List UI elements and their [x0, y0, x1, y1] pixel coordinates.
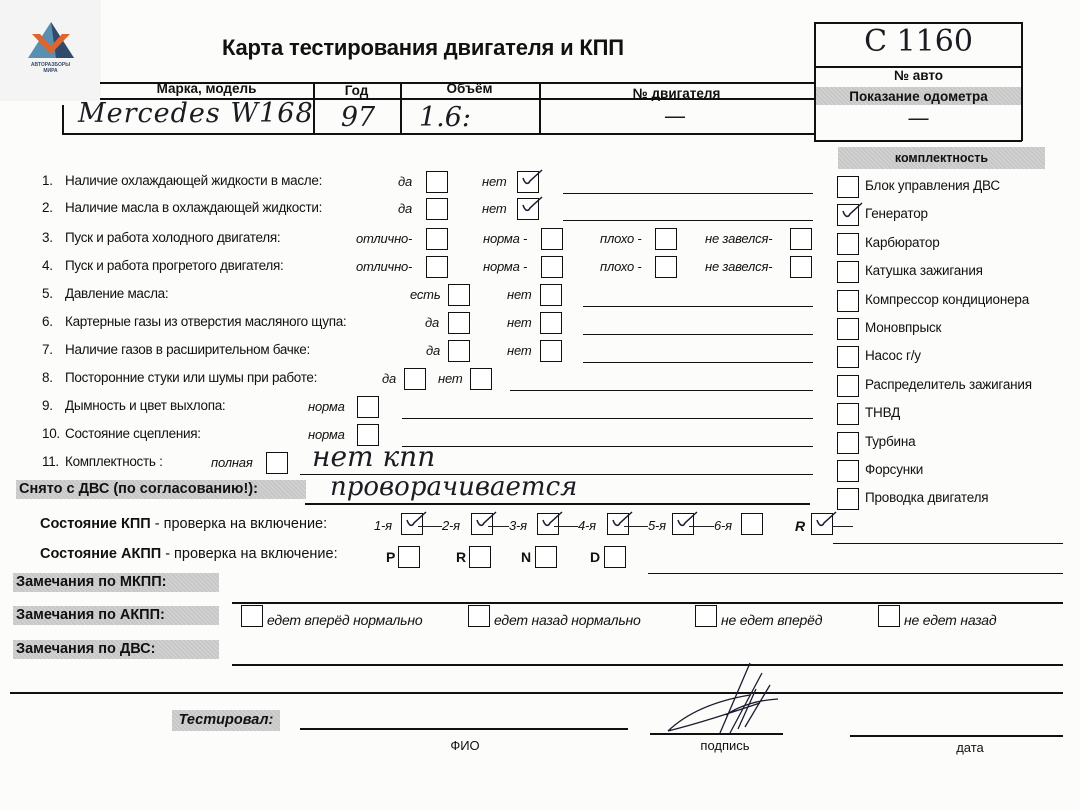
gear-checkbox[interactable] — [537, 513, 559, 535]
completeness-note-field[interactable]: нет кпп — [312, 440, 435, 473]
question-number: 1. — [42, 173, 62, 188]
question-number: 5. — [42, 286, 62, 301]
option-label: нет — [482, 174, 506, 189]
option-label: нет — [438, 371, 462, 386]
option-checkbox[interactable] — [540, 284, 562, 306]
question-number: 8. — [42, 370, 62, 385]
kit-item-label: Карбюратор — [865, 235, 940, 250]
question-text: Наличие масла в охлаждающей жидкости: — [65, 200, 322, 215]
option-label: да — [398, 201, 412, 216]
kit-item-label: ТНВД — [865, 405, 900, 420]
question-number: 10. — [42, 426, 62, 441]
akpp-gear-checkbox[interactable] — [535, 546, 557, 568]
akpp-label-bold: Состояние АКПП — [40, 546, 161, 562]
option-checkbox[interactable] — [426, 228, 448, 250]
question-text: Наличие газов в расширительном бачке: — [65, 342, 310, 357]
question-number: 3. — [42, 230, 62, 245]
question-number: 11. — [42, 454, 62, 469]
akpp-remark-checkbox[interactable] — [468, 605, 490, 627]
year-field[interactable]: 97 — [318, 102, 398, 133]
kit-item-label: Насос г/у — [865, 348, 921, 363]
name-field[interactable] — [300, 708, 628, 728]
question-text: Пуск и работа холодного двигателя: — [65, 230, 280, 245]
mkpp-label-bold: Состояние КПП — [40, 516, 151, 532]
question-text: Комплектность : — [65, 454, 163, 469]
gear-label: 5-я — [648, 518, 666, 533]
option-checkbox[interactable] — [470, 368, 492, 390]
akpp-gear-checkbox[interactable] — [604, 546, 626, 568]
question-text: Давление масла: — [65, 286, 168, 301]
option-checkbox[interactable] — [517, 198, 539, 220]
question-number: 6. — [42, 314, 62, 329]
kit-item-label: Проводка двигателя — [865, 490, 988, 505]
akpp-remark-label: не едет назад — [904, 612, 996, 628]
option-label: есть — [410, 287, 440, 302]
option-label: нет — [507, 343, 531, 358]
question-text: Наличие охлаждающей жидкости в масле: — [65, 173, 322, 188]
odometer-label: Показание одометра — [816, 89, 1021, 104]
option-checkbox[interactable] — [448, 340, 470, 362]
option-label: нет — [507, 287, 531, 302]
kit-item-checkbox[interactable] — [837, 375, 859, 397]
option-checkbox[interactable] — [540, 340, 562, 362]
gear-label: R — [795, 518, 805, 534]
mkpp-check-label: Состояние КПП - проверка на включение: — [40, 516, 327, 532]
mkpp-label-rest: - проверка на включение: — [151, 516, 327, 532]
option-checkbox[interactable] — [655, 256, 677, 278]
option-label: да — [398, 174, 412, 189]
page-title: Карта тестирования двигателя и КПП — [222, 35, 624, 61]
kit-item-checkbox[interactable] — [837, 488, 859, 510]
signature-caption: подпись — [680, 738, 770, 753]
kit-item-label: Турбина — [865, 434, 915, 449]
option-label: отлично- — [356, 231, 412, 246]
option-label: да — [426, 343, 440, 358]
tested-by-label: Тестировал: — [172, 710, 280, 731]
kit-item-label: Блок управления ДВС — [865, 178, 1000, 193]
gear-checkbox[interactable] — [672, 513, 694, 535]
removed-from-engine-field[interactable]: проворачивается — [330, 472, 577, 502]
kit-item-checkbox[interactable] — [837, 318, 859, 340]
option-label: норма - — [483, 231, 527, 246]
kit-item-checkbox[interactable] — [837, 204, 859, 226]
option-label: нет — [507, 315, 531, 330]
question-number: 7. — [42, 342, 62, 357]
option-label: не завелся- — [705, 259, 772, 274]
option-label: да — [382, 371, 396, 386]
kit-item-checkbox[interactable] — [837, 261, 859, 283]
question-text: Посторонние стуки или шумы при работе: — [65, 370, 317, 385]
gear-checkbox[interactable] — [607, 513, 629, 535]
option-label: отлично- — [356, 259, 412, 274]
gear-label: 4-я — [578, 518, 596, 533]
logo-mark-icon — [26, 20, 76, 60]
option-label: норма — [308, 399, 345, 414]
gear-checkbox[interactable] — [741, 513, 763, 535]
akpp-remark-checkbox[interactable] — [695, 605, 717, 627]
question-number: 9. — [42, 398, 62, 413]
gear-label: 1-я — [374, 518, 392, 533]
akpp-gear-label: P — [386, 549, 395, 565]
gear-label: 3-я — [509, 518, 527, 533]
option-checkbox[interactable] — [426, 171, 448, 193]
kit-item-label: Генератор — [865, 206, 928, 221]
option-checkbox[interactable] — [448, 284, 470, 306]
kit-item-checkbox[interactable] — [837, 403, 859, 425]
volume-field[interactable]: 1.6: — [405, 102, 485, 133]
signature-field[interactable] — [660, 655, 800, 740]
option-checkbox[interactable] — [790, 256, 812, 278]
gear-checkbox[interactable] — [471, 513, 493, 535]
logo: АВТОРАЗБОРЫ МИРА — [0, 0, 101, 101]
akpp-gear-checkbox[interactable] — [469, 546, 491, 568]
make-model-header: Марка, модель — [100, 81, 313, 96]
logo-line2: МИРА — [0, 68, 101, 74]
make-model-field[interactable]: Mercedes W168 — [78, 98, 314, 129]
kit-item-label: Компрессор кондиционера — [865, 292, 1029, 307]
kit-item-checkbox[interactable] — [837, 460, 859, 482]
akpp-gear-label: D — [590, 549, 600, 565]
question-text: Картерные газы из отверстия масляного щу… — [65, 314, 346, 329]
gear-checkbox[interactable] — [401, 513, 423, 535]
kit-title: комплектность — [838, 147, 1045, 169]
question-number: 2. — [42, 200, 62, 215]
option-checkbox[interactable] — [404, 368, 426, 390]
date-field[interactable] — [850, 714, 1063, 734]
kit-item-checkbox[interactable] — [837, 233, 859, 255]
akpp-gear-label: R — [456, 549, 466, 565]
option-checkbox[interactable] — [426, 256, 448, 278]
option-label: не завелся- — [705, 231, 772, 246]
kit-item-label: Катушка зажигания — [865, 263, 983, 278]
engine-no-field[interactable]: — — [620, 104, 730, 129]
akpp-label-rest: - проверка на включение: — [161, 546, 337, 562]
kit-item-label: Форсунки — [865, 462, 923, 477]
gear-label: 2-я — [442, 518, 460, 533]
option-label: нет — [482, 201, 506, 216]
akpp-gear-checkbox[interactable] — [398, 546, 420, 568]
logo-caption: АВТОРАЗБОРЫ МИРА — [0, 62, 101, 74]
option-checkbox[interactable] — [541, 228, 563, 250]
akpp-check-label: Состояние АКПП - проверка на включение: — [40, 546, 338, 562]
option-checkbox[interactable] — [655, 228, 677, 250]
akpp-remark-checkbox[interactable] — [241, 605, 263, 627]
kit-item-checkbox[interactable] — [837, 290, 859, 312]
option-checkbox[interactable] — [517, 171, 539, 193]
akpp-gear-label: N — [521, 549, 531, 565]
kit-item-checkbox[interactable] — [837, 432, 859, 454]
kit-item-checkbox[interactable] — [837, 176, 859, 198]
date-caption: дата — [930, 740, 1010, 755]
car-no-label: № авто — [816, 68, 1021, 83]
option-label: да — [425, 315, 439, 330]
akpp-remark-label: едет назад нормально — [494, 612, 641, 628]
mkpp-remarks-label: Замечания по МКПП: — [13, 573, 219, 592]
kit-item-label: Моновпрыск — [865, 320, 941, 335]
option-label: плохо - — [600, 231, 642, 246]
option-checkbox[interactable] — [448, 312, 470, 334]
question-text: Состояние сцепления: — [65, 426, 201, 441]
engine-remarks-label: Замечания по ДВС: — [13, 640, 219, 659]
removed-from-engine-label: Снято с ДВС (по согласованию!): — [16, 480, 306, 499]
volume-header: Объём — [400, 81, 539, 96]
akpp-remark-label: не едет вперёд — [721, 612, 822, 628]
option-label: норма - — [483, 259, 527, 274]
year-header: Год — [313, 83, 400, 98]
option-checkbox[interactable] — [357, 396, 379, 418]
gear-checkbox[interactable] — [811, 513, 833, 535]
akpp-remark-checkbox[interactable] — [878, 605, 900, 627]
option-checkbox[interactable] — [541, 256, 563, 278]
akpp-remarks-label: Замечания по АКПП: — [13, 606, 219, 625]
engine-no-header: № двигателя — [539, 86, 814, 101]
question-text: Пуск и работа прогретого двигателя: — [65, 258, 283, 273]
gear-label: 6-я — [714, 518, 732, 533]
question-number: 4. — [42, 258, 62, 273]
option-label: плохо - — [600, 259, 642, 274]
car-no-field[interactable]: C 1160 — [816, 24, 1021, 59]
odometer-field[interactable]: — — [816, 106, 1021, 131]
akpp-remark-label: едет вперёд нормально — [267, 612, 422, 628]
option-checkbox[interactable] — [790, 228, 812, 250]
option-checkbox[interactable] — [426, 198, 448, 220]
option-checkbox[interactable] — [266, 452, 288, 474]
option-checkbox[interactable] — [540, 312, 562, 334]
name-caption: ФИО — [420, 738, 510, 753]
kit-item-checkbox[interactable] — [837, 346, 859, 368]
kit-item-label: Распределитель зажигания — [865, 377, 1032, 392]
option-label: полная — [211, 455, 253, 470]
question-text: Дымность и цвет выхлопа: — [65, 398, 225, 413]
